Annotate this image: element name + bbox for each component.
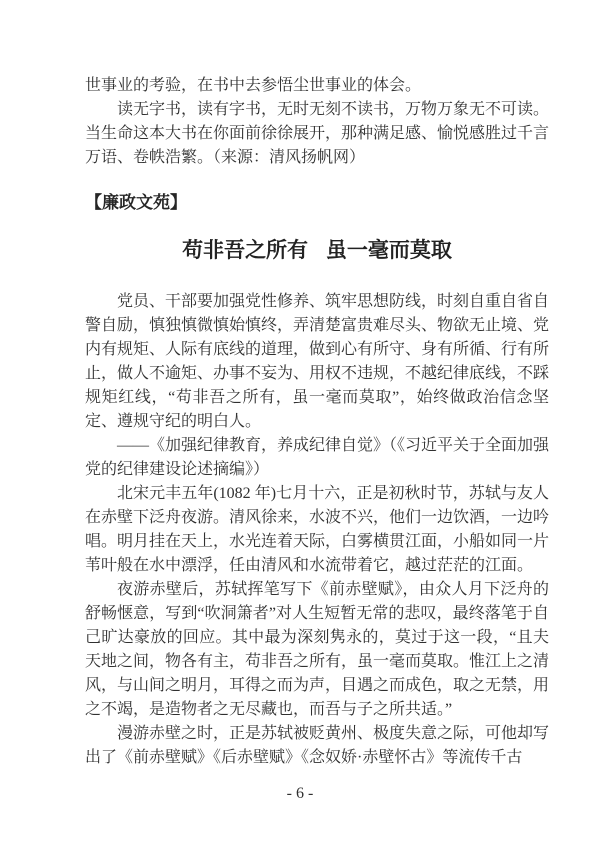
- paragraph-sushi-exile: 漫游赤壁之时，正是苏轼被贬黄州、极度失意之际，可他却写出了《前赤壁赋》《后赤壁赋…: [85, 722, 549, 770]
- page-content: 世事业的考验，在书中去参悟尘世事业的体会。 读无字书，读有字书，无时无刻不读书，…: [85, 74, 549, 770]
- paragraph-continuation: 世事业的考验，在书中去参悟尘世事业的体会。: [85, 74, 549, 98]
- paragraph-boat-trip: 北宋元丰五年(1082 年)七月十六，正是初秋时节，苏轼与友人在赤壁下泛舟夜游。…: [85, 482, 549, 578]
- document-page: 世事业的考验，在书中去参悟尘世事业的体会。 读无字书，读有字书，无时无刻不读书，…: [0, 0, 600, 849]
- paragraph-attribution: ——《加强纪律教育，养成纪律自觉》（《习近平关于全面加强党的纪律建设论述摘编》）: [85, 434, 549, 482]
- section-header: 【廉政文苑】: [85, 191, 549, 215]
- paragraph-reading: 读无字书，读有字书，无时无刻不读书，万物万象无不可读。当生命这本大书在你面前徐徐…: [85, 98, 549, 170]
- paragraph-chibi-fu: 夜游赤壁后，苏轼挥笔写下《前赤壁赋》，由众人月下泛舟的舒畅惬意，写到“吹洞箫者”…: [85, 578, 549, 722]
- page-number: - 6 -: [0, 785, 600, 803]
- article-title: 苟非吾之所有 虽一毫而莫取: [85, 235, 549, 265]
- paragraph-discipline: 党员、干部要加强党性修养、筑牢思想防线，时刻自重自省自警自励，慎独慎微慎始慎终，…: [85, 290, 549, 434]
